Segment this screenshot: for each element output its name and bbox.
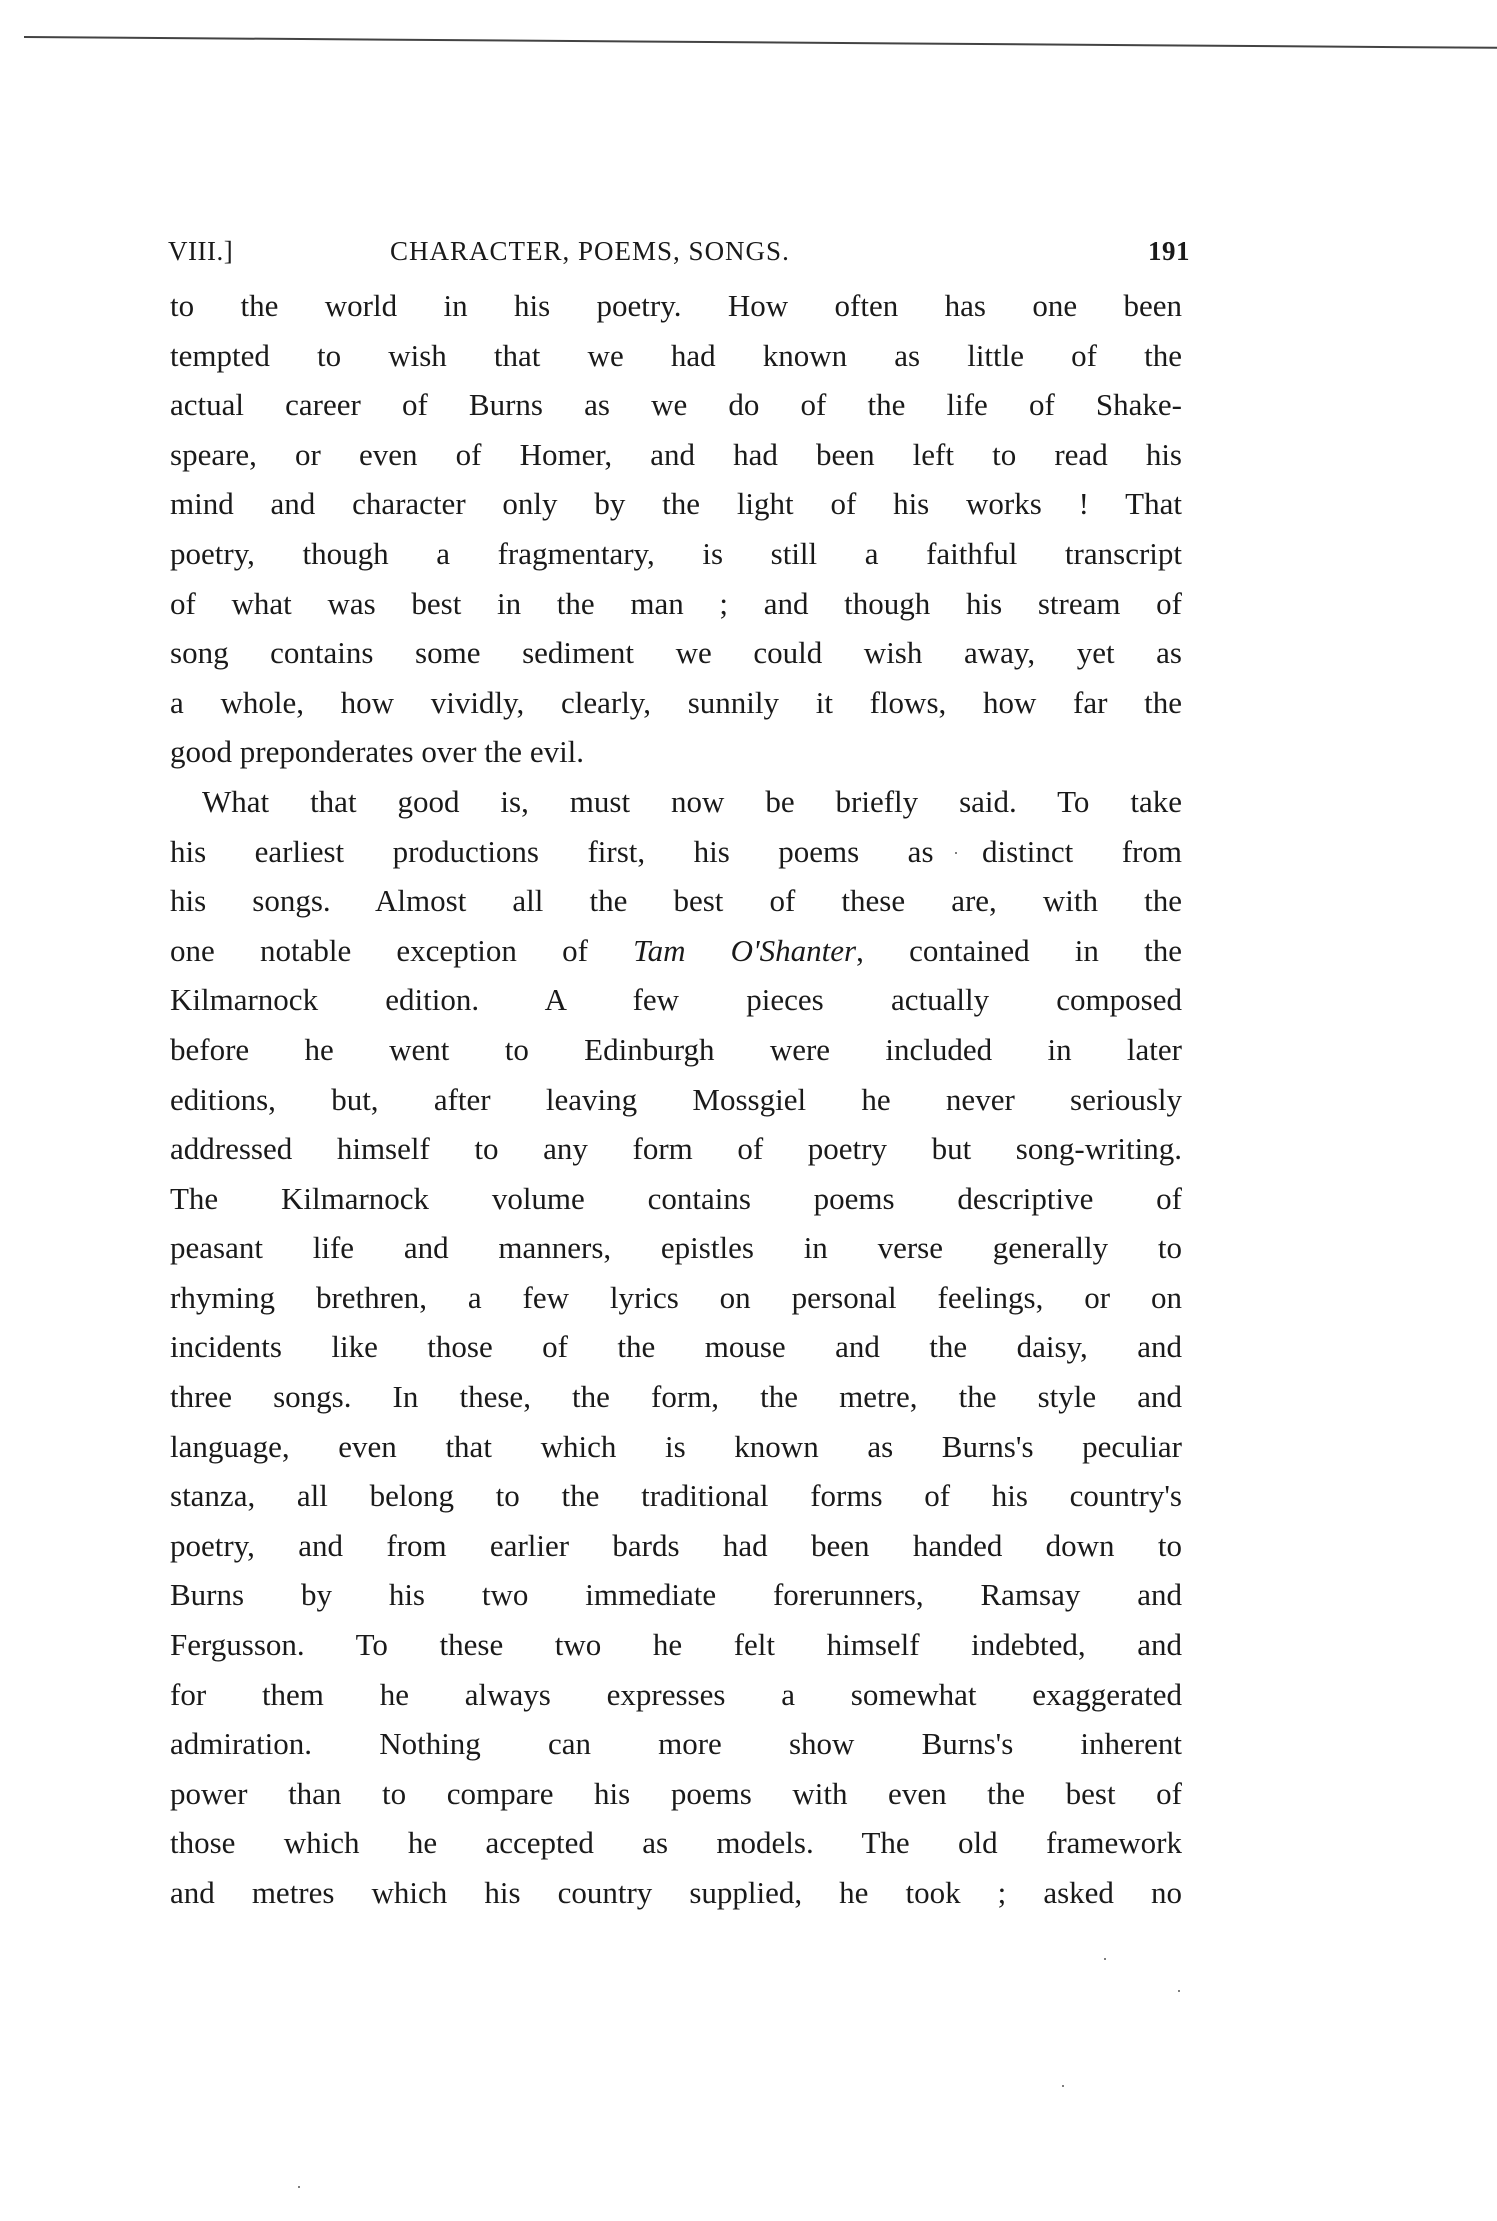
text-line: editions, but, after leaving Mossgiel he… [170,1075,1182,1125]
scan-edge-line [24,36,1497,49]
text-line: those which he accepted as models. The o… [170,1818,1182,1868]
text-line: good preponderates over the evil. [170,727,1182,777]
text-line: three songs. In these, the form, the met… [170,1372,1182,1422]
running-head: VIII.] CHARACTER, POEMS, SONGS. 191 [168,236,1190,276]
scan-speck [1062,2085,1064,2087]
text-line: poetry, though a fragmentary, is still a… [170,529,1182,579]
text-line: a whole, how vividly, clearly, sunnily i… [170,678,1182,728]
text-line: actual career of Burns as we do of the l… [170,380,1182,430]
text-line: admiration. Nothing can more show Burns'… [170,1719,1182,1769]
text-line: Burns by his two immediate forerunners, … [170,1570,1182,1620]
paragraph-1: to the world in his poetry. How often ha… [170,281,1182,777]
poem-title-tam-oshanter: Tam O'Shanter [633,933,856,968]
chapter-marker: VIII.] [168,236,233,267]
text-line: incidents like those of the mouse and th… [170,1322,1182,1372]
paragraph-2: What that good is, must now be briefly s… [170,777,1182,1918]
body-text: to the world in his poetry. How often ha… [170,281,1182,1918]
text-line: What that good is, must now be briefly s… [170,777,1182,827]
line-text: one notable exception of [170,933,633,968]
page-number: 191 [1148,236,1190,267]
text-line: mind and character only by the light of … [170,479,1182,529]
text-line: addressed himself to any form of poetry … [170,1124,1182,1174]
text-line: power than to compare his poems with eve… [170,1769,1182,1819]
text-line: and metres which his country supplied, h… [170,1868,1182,1918]
text-line: song contains some sediment we could wis… [170,628,1182,678]
text-line: Fergusson. To these two he felt himself … [170,1620,1182,1670]
line-text: , contained in the [856,933,1182,968]
text-line: rhyming brethren, a few lyrics on person… [170,1273,1182,1323]
text-line: Kilmarnock edition. A few pieces actuall… [170,975,1182,1025]
scan-speck [1178,1990,1180,1992]
text-line: language, even that which is known as Bu… [170,1422,1182,1472]
text-line: of what was best in the man ; and though… [170,579,1182,629]
text-line: to the world in his poetry. How often ha… [170,281,1182,331]
text-line: for them he always expresses a somewhat … [170,1670,1182,1720]
text-line-with-title: one notable exception of Tam O'Shanter, … [170,926,1182,976]
text-line: peasant life and manners, epistles in ve… [170,1223,1182,1273]
text-line: speare, or even of Homer, and had been l… [170,430,1182,480]
text-line: poetry, and from earlier bards had been … [170,1521,1182,1571]
scan-speck [955,852,957,854]
text-line: tempted to wish that we had known as lit… [170,331,1182,381]
text-line: his earliest productions first, his poem… [170,827,1182,877]
text-line: his songs. Almost all the best of these … [170,876,1182,926]
text-line: stanza, all belong to the traditional fo… [170,1471,1182,1521]
text-line: The Kilmarnock volume contains poems des… [170,1174,1182,1224]
running-title: CHARACTER, POEMS, SONGS. [390,236,790,267]
scan-speck [298,2186,300,2188]
text-line: before he went to Edinburgh were include… [170,1025,1182,1075]
scan-speck [1104,1958,1106,1960]
